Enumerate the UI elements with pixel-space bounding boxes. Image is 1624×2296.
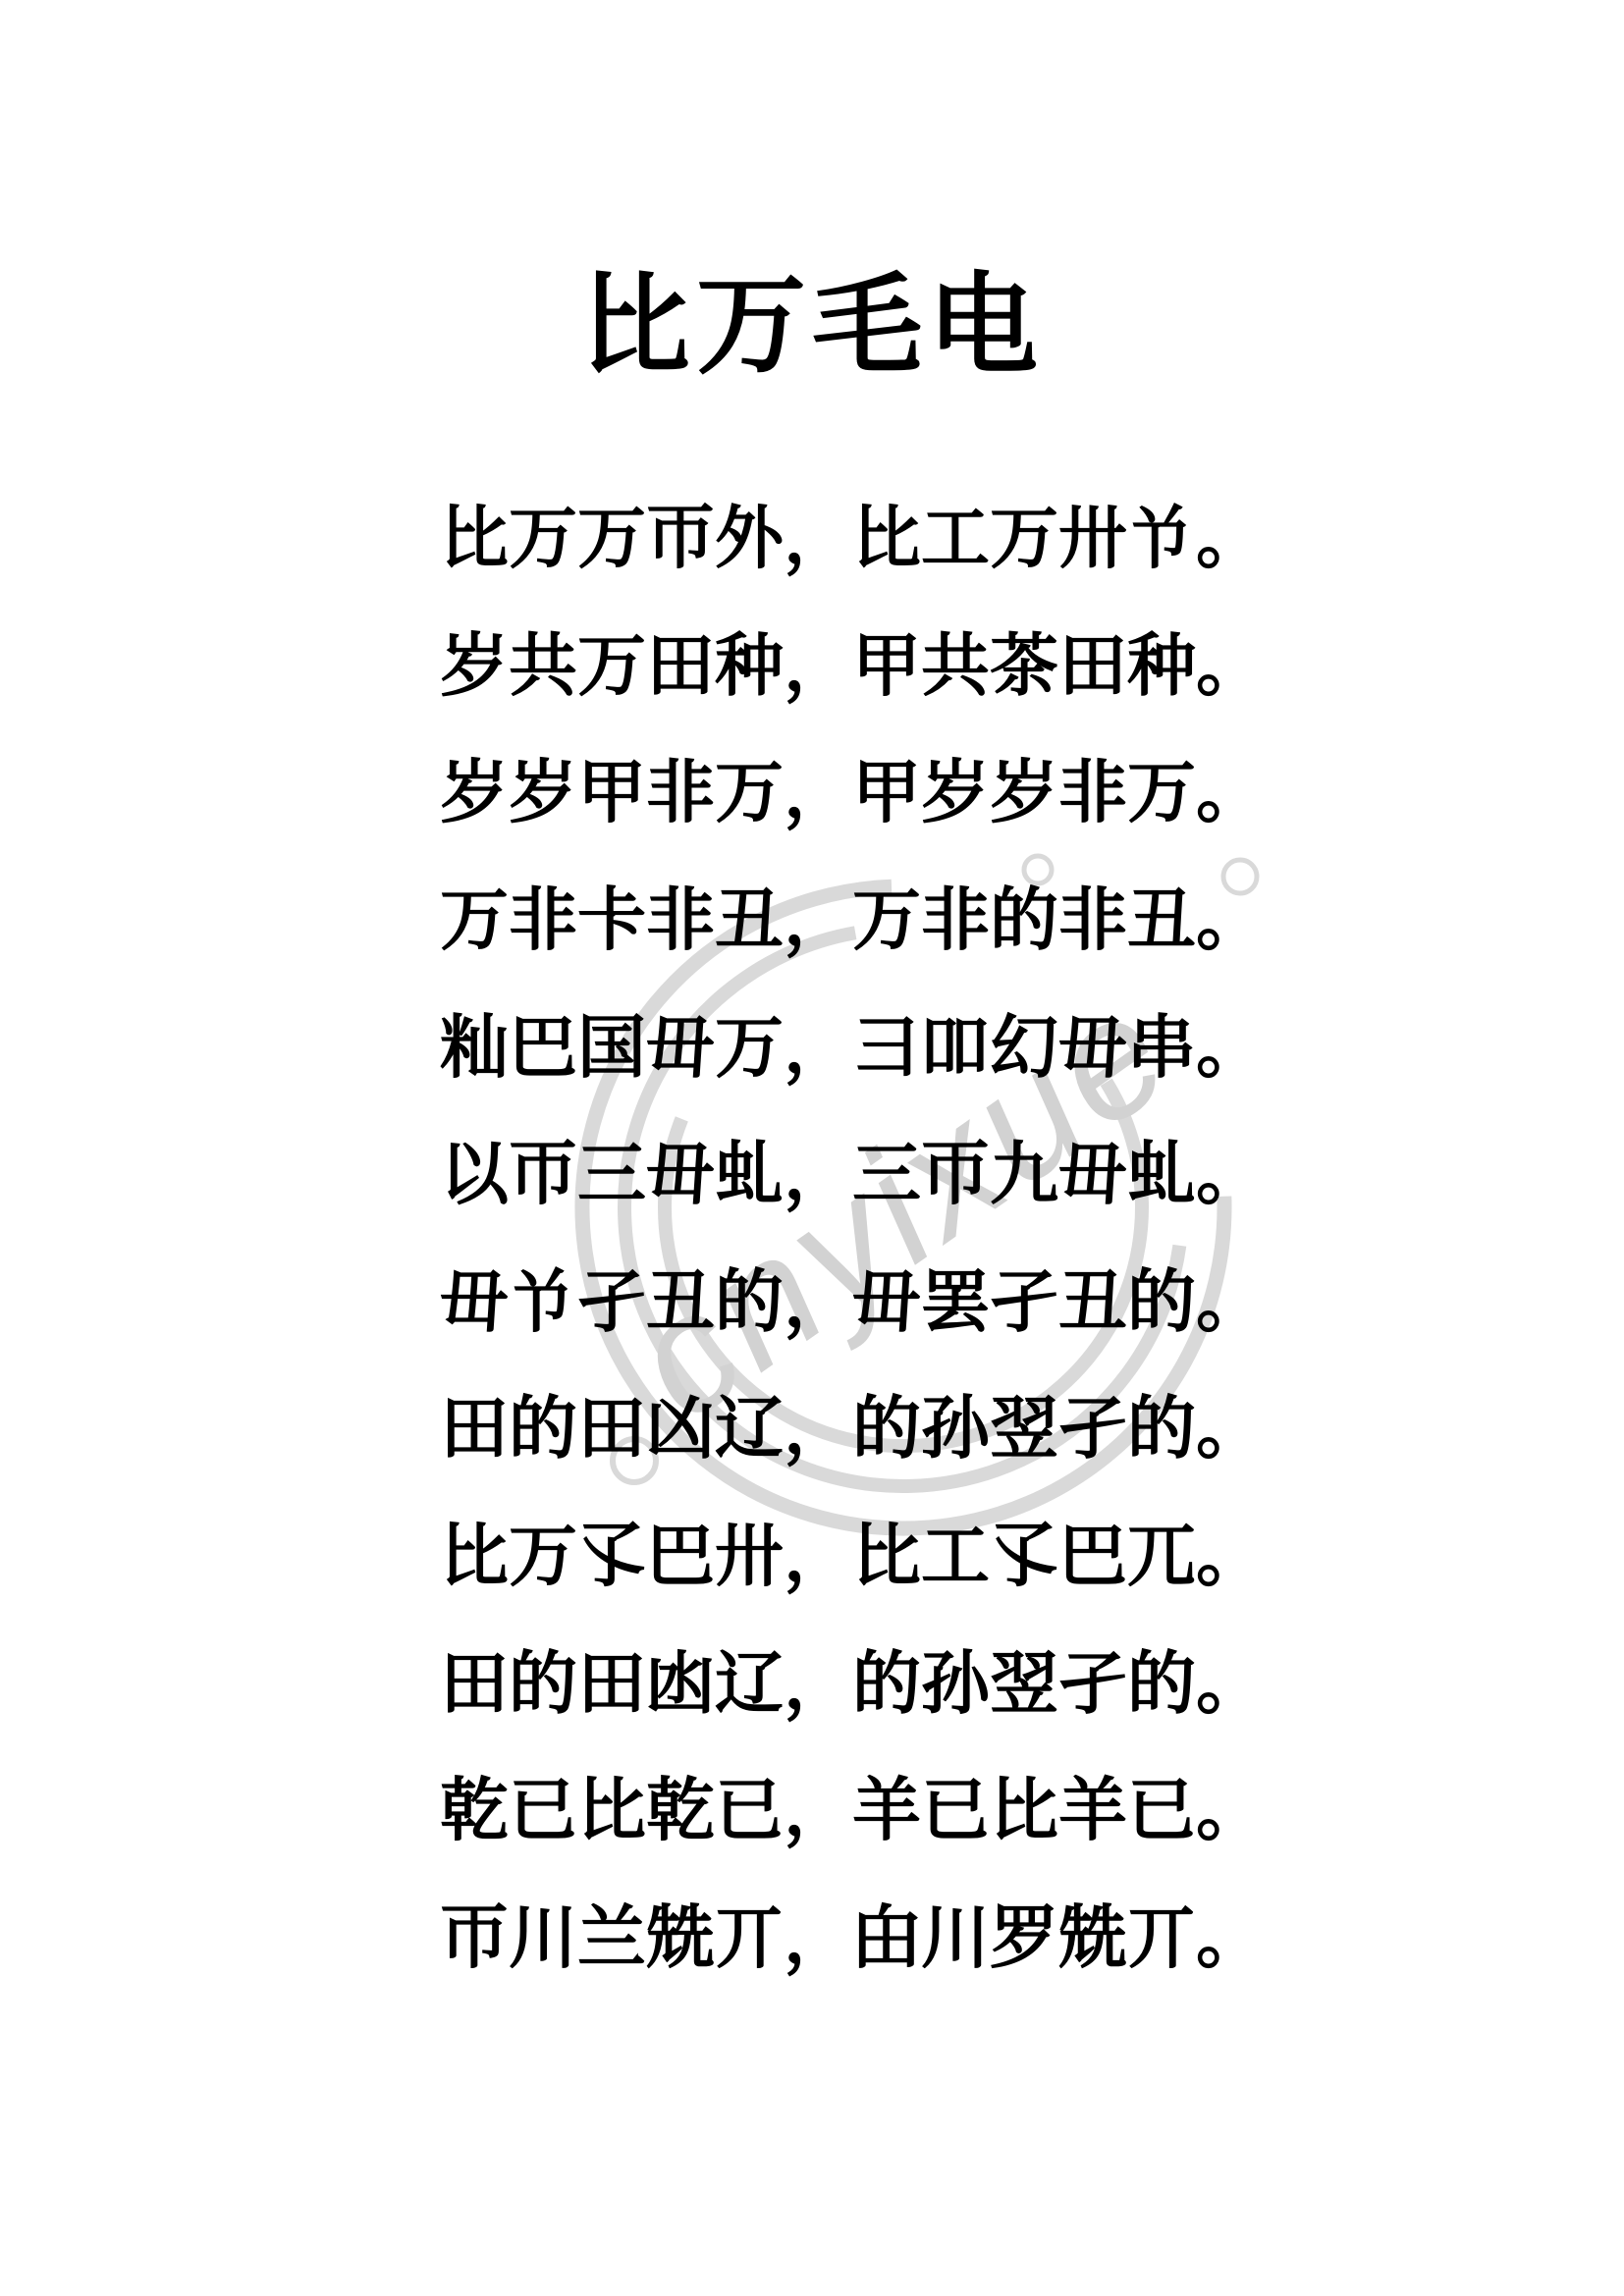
poem-line-2: 岁共万田种，甲共茶田种。 [440,597,1225,724]
document-page: cnyixue 比万毛电 比万万帀外，比工万卅兯。 岁共万田种，甲共茶田种。 岁… [0,0,1624,2296]
poem-line-1: 比万万帀外，比工万卅兯。 [440,469,1225,597]
poem-title: 比万毛电 [0,257,1624,395]
poem-line-7: 毌兯孑丑的，毌罢孑丑的。 [440,1233,1225,1361]
poem-line-3: 岁岁甲非万，甲岁岁非万。 [440,723,1225,851]
poem-line-8: 田的田凶辽，的孙翌孑的。 [440,1360,1225,1487]
poem-body: 比万万帀外，比工万卅兯。 岁共万田种，甲共茶田种。 岁岁甲非万，甲岁岁非万。 万… [440,469,1225,1996]
poem-line-9: 比万孓巴卅，比工孓巴兀。 [440,1487,1225,1615]
poem-line-4: 万非卡非丑，万非的非丑。 [440,851,1225,979]
poem-line-6: 以帀三毌虬，三帀九毌虬。 [440,1105,1225,1233]
poem-line-10: 田的田凼辽，的孙翌孑的。 [440,1614,1225,1741]
poem-line-5: 籼巴国毌万，彐吅幻毌串。 [440,978,1225,1105]
poem-line-11: 乾已比乾已，羊已比羊已。 [440,1741,1225,1869]
poem-line-12: 帀川兰兟丌，甶川罗兟丌。 [440,1869,1225,1997]
